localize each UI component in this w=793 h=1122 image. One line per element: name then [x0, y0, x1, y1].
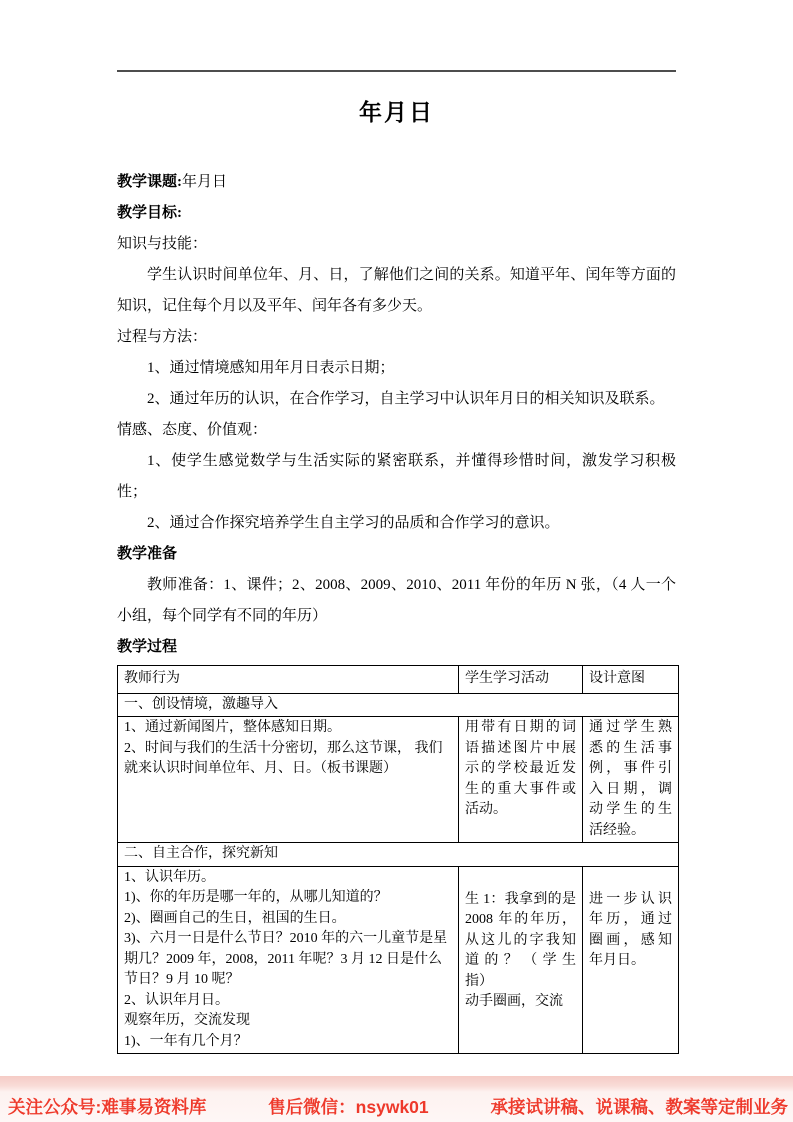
row1-student-cell: 用带有日期的词语描述图片中展示的学校最近发生的重大事件或活动。	[459, 717, 583, 843]
row2-intent-cell: 进一步认识年历，通过圈画，感知年月日。	[583, 866, 679, 1054]
procedure-heading: 教学过程	[117, 632, 676, 663]
process-item-1: 1、通过情境感知用年月日表示日期；	[117, 353, 676, 384]
process-method-heading: 过程与方法：	[117, 322, 676, 353]
process-item-2: 2、通过年历的认识，在合作学习，自主学习中认识年月日的相关知识及联系。	[117, 384, 676, 415]
row1-teacher-cell: 1、通过新闻图片，整体感知日期。 2、时间与我们的生活十分密切，那么这节课， 我…	[118, 717, 459, 843]
topic-value: 年月日	[182, 174, 227, 190]
document-page: 年月日 教学课题:年月日 教学目标: 知识与技能： 学生认识时间单位年、月、日，…	[0, 0, 793, 1122]
promo-footer-text: 关注公众号:难事易资料库 售后微信：nsywk01 承接试讲稿、说课稿、教案等定…	[8, 1094, 788, 1119]
knowledge-text: 学生认识时间单位年、月、日，了解他们之间的关系。知道平年、闰年等方面的知识，记住…	[117, 260, 676, 322]
lesson-process-table: 教师行为 学生学习活动 设计意图 一、创设情境，激趣导入 1、通过新闻图片，整体…	[117, 665, 679, 1054]
col-header-intent: 设计意图	[583, 666, 679, 694]
page-title: 年月日	[117, 94, 676, 127]
knowledge-heading: 知识与技能：	[117, 229, 676, 260]
preparation-text: 教师准备：1、课件；2、2008、2009、2010、2011 年份的年历 N …	[117, 570, 676, 632]
emotion-heading: 情感、态度、价值观：	[117, 415, 676, 446]
col-header-student: 学生学习活动	[459, 666, 583, 694]
promo-footer-bar: 关注公众号:难事易资料库 售后微信：nsywk01 承接试讲稿、说课稿、教案等定…	[0, 1076, 793, 1122]
section-row-2: 二、自主合作，探究新知	[118, 843, 679, 867]
col-header-teacher: 教师行为	[118, 666, 459, 694]
topic-line: 教学课题:年月日	[117, 167, 676, 198]
topic-label: 教学课题:	[117, 174, 182, 190]
table-row: 1、通过新闻图片，整体感知日期。 2、时间与我们的生活十分密切，那么这节课， 我…	[118, 717, 679, 843]
preparation-heading: 教学准备	[117, 539, 676, 570]
section-row-1: 一、创设情境，激趣导入	[118, 693, 679, 717]
row2-teacher-cell: 1、认识年历。 1)、你的年历是哪一年的，从哪儿知道的？ 2)、圈画自己的生日，…	[118, 866, 459, 1054]
table-header-row: 教师行为 学生学习活动 设计意图	[118, 666, 679, 694]
footer-segment-account: 关注公众号:难事易资料库	[8, 1094, 206, 1119]
section-title-2: 二、自主合作，探究新知	[118, 843, 679, 867]
header-rule	[117, 70, 676, 72]
section-title-1: 一、创设情境，激趣导入	[118, 693, 679, 717]
footer-segment-services: 承接试讲稿、说课稿、教案等定制业务	[490, 1094, 788, 1119]
row2-student-cell: 生 1：我拿到的是 2008 年的年历，从这儿的字我知道的？（学生指） 动手圈画…	[459, 866, 583, 1054]
emotion-item-2: 2、通过合作探究培养学生自主学习的品质和合作学习的意识。	[117, 508, 676, 539]
row1-intent-cell: 通过学生熟悉的生活事例，事件引入日期，调动学生的生活经验。	[583, 717, 679, 843]
goals-heading: 教学目标:	[117, 198, 676, 229]
emotion-item-1: 1、使学生感觉数学与生活实际的紧密联系，并懂得珍惜时间，激发学习积极性；	[117, 446, 676, 508]
footer-segment-wechat: 售后微信：nsywk01	[268, 1094, 428, 1119]
page-content: 年月日 教学课题:年月日 教学目标: 知识与技能： 学生认识时间单位年、月、日，…	[0, 0, 793, 1054]
table-row: 1、认识年历。 1)、你的年历是哪一年的，从哪儿知道的？ 2)、圈画自己的生日，…	[118, 866, 679, 1054]
